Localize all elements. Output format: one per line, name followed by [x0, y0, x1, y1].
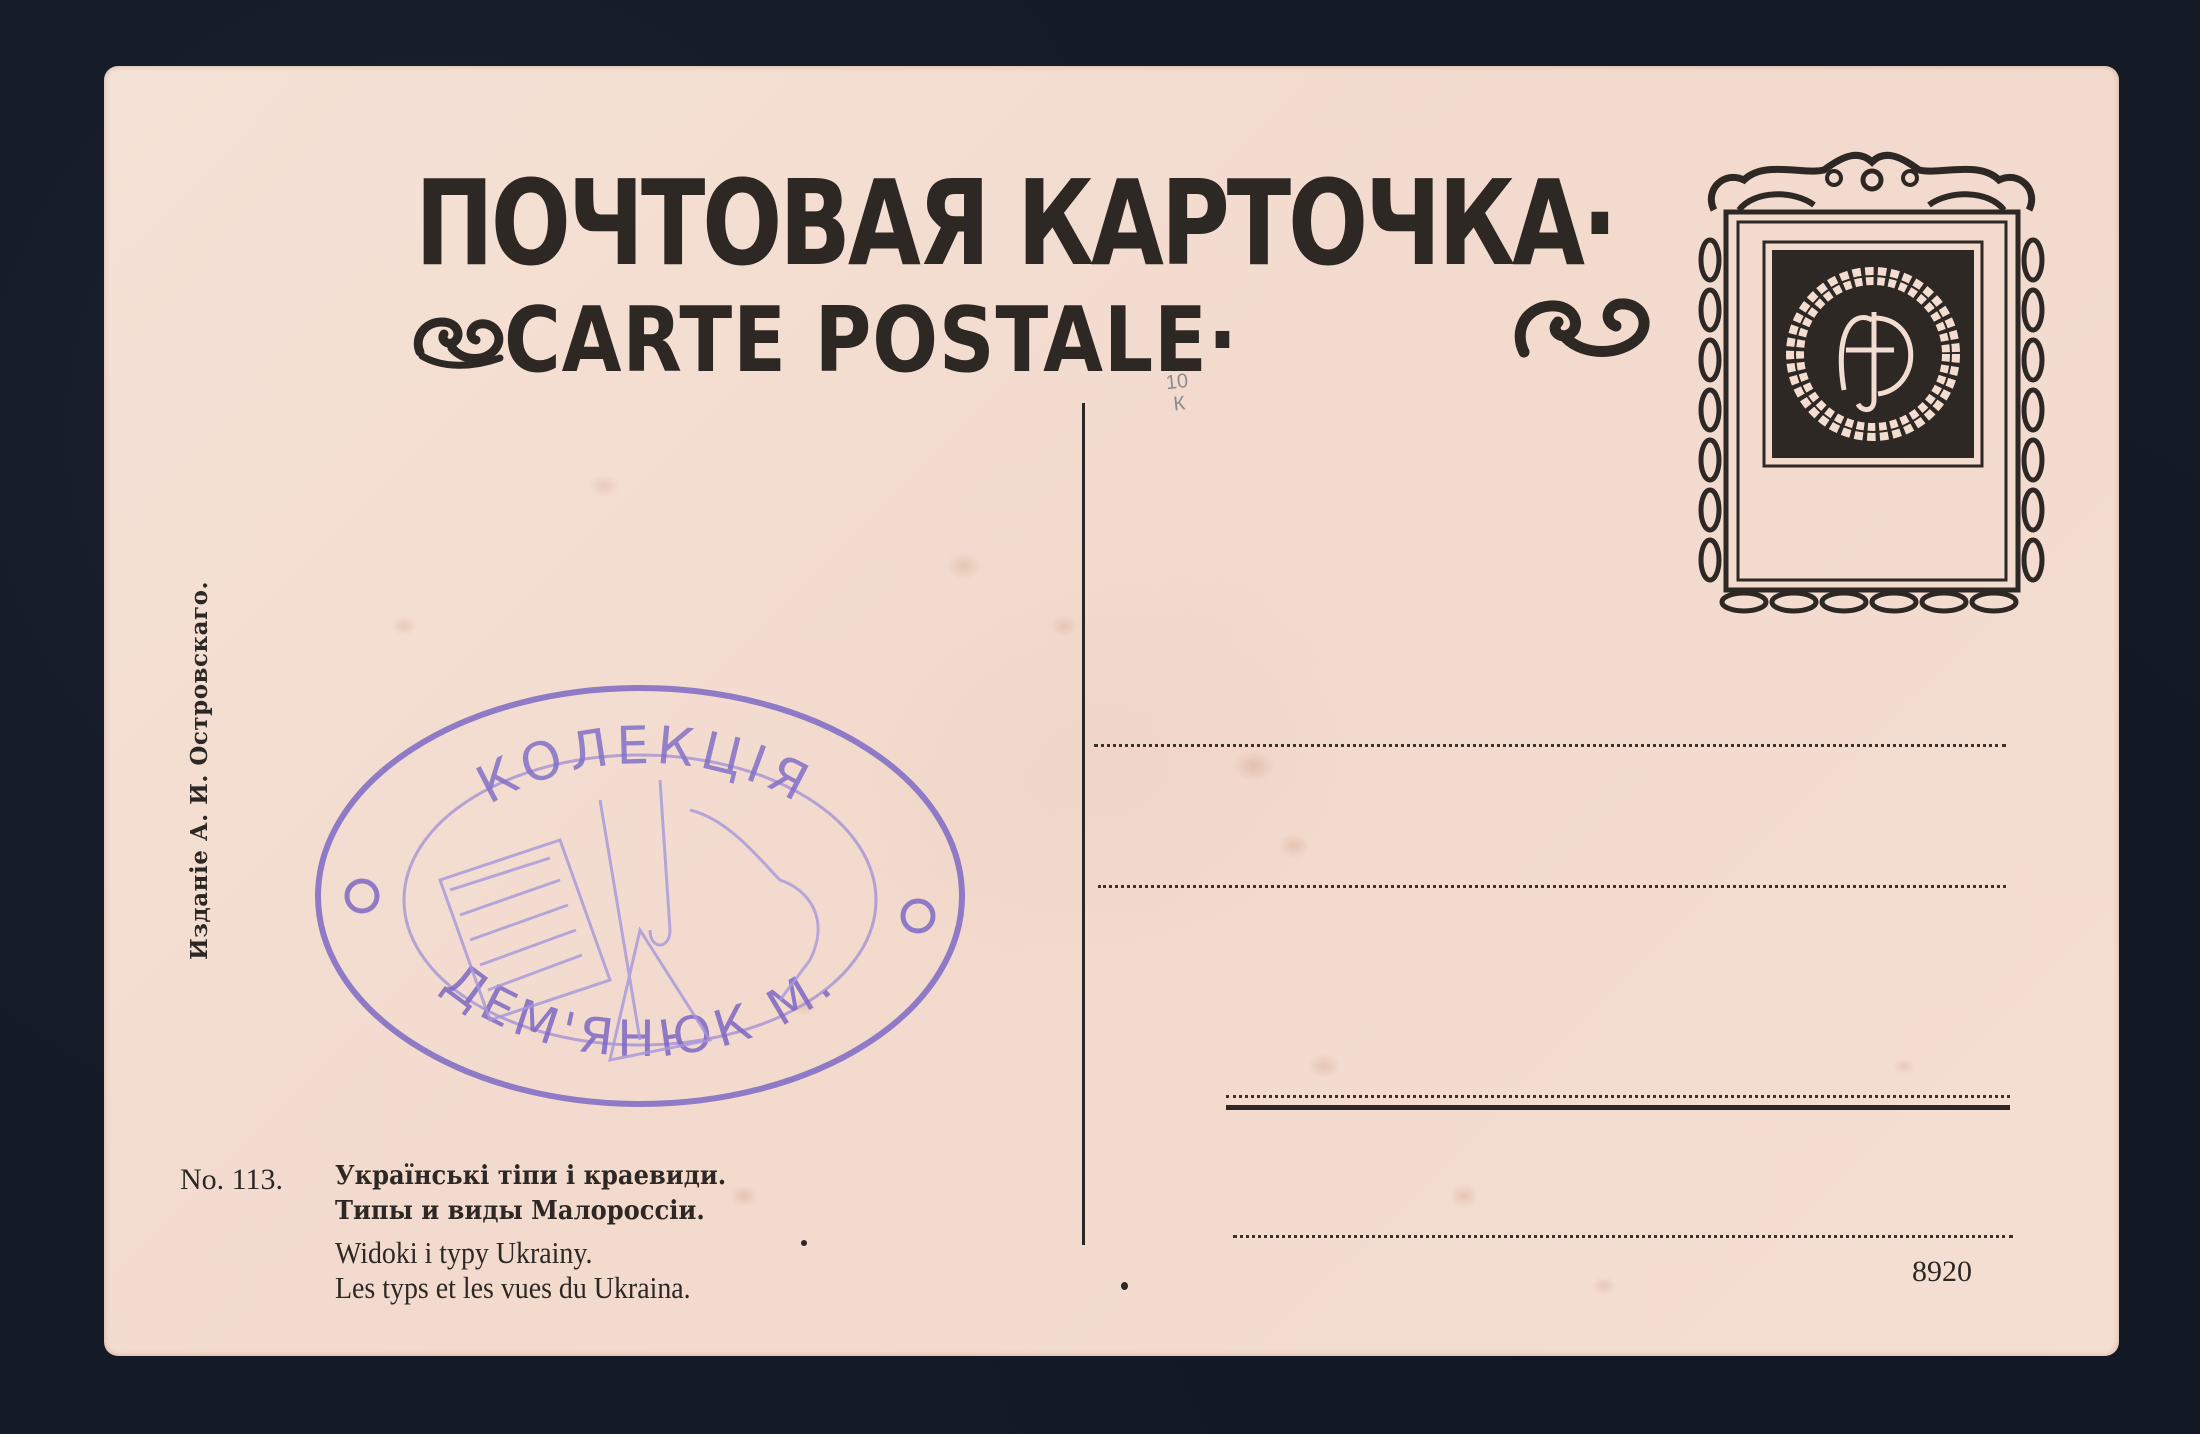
pencil-note: 10 К [1165, 370, 1192, 416]
collection-stamp: КОЛЕКЦІЯ ДЕМ'ЯНЮК М. [310, 680, 970, 1112]
caption-line-polish: Widoki i typy Ukrainy. [335, 1235, 714, 1270]
caption-number: No. 113. [180, 1163, 283, 1197]
address-line-1 [1094, 744, 2006, 747]
svg-text:ДЕМ'ЯНЮК М.: ДЕМ'ЯНЮК М. [433, 951, 847, 1069]
publisher-imprint: Изданіе А. И. Островскаго. [186, 581, 213, 960]
address-line-3 [1226, 1095, 2010, 1098]
address-line-2 [1098, 885, 2006, 888]
serial-number: 8920 [1912, 1255, 1972, 1289]
postage-stamp-frame [1694, 150, 2049, 620]
title-french: CARTE POSTALE· [504, 296, 1238, 386]
scroll-ornament-right-icon [1510, 292, 1660, 364]
caption-line-russian: Типы и виды Малороссіи. [335, 1194, 726, 1229]
address-divider [1082, 403, 1085, 1245]
ink-dot [801, 1240, 807, 1246]
address-line-4 [1233, 1235, 2013, 1238]
caption-line-french: Les typs et les vues du Ukraina. [335, 1270, 714, 1305]
caption: Українські тіпи і краевиди. Типы и виды … [335, 1159, 756, 1305]
svg-text:КОЛЕКЦІЯ: КОЛЕКЦІЯ [467, 716, 822, 816]
address-underline [1226, 1105, 2010, 1110]
caption-line-ukrainian: Українські тіпи і краевиди. [335, 1159, 726, 1194]
ink-dot [1121, 1282, 1128, 1290]
scroll-ornament-left-icon [412, 308, 508, 372]
title-russian: ПОЧТОВАЯ КАРТОЧКА· [415, 164, 1615, 282]
postcard: ПОЧТОВАЯ КАРТОЧКА· CARTE POSTALE· [104, 66, 2119, 1356]
